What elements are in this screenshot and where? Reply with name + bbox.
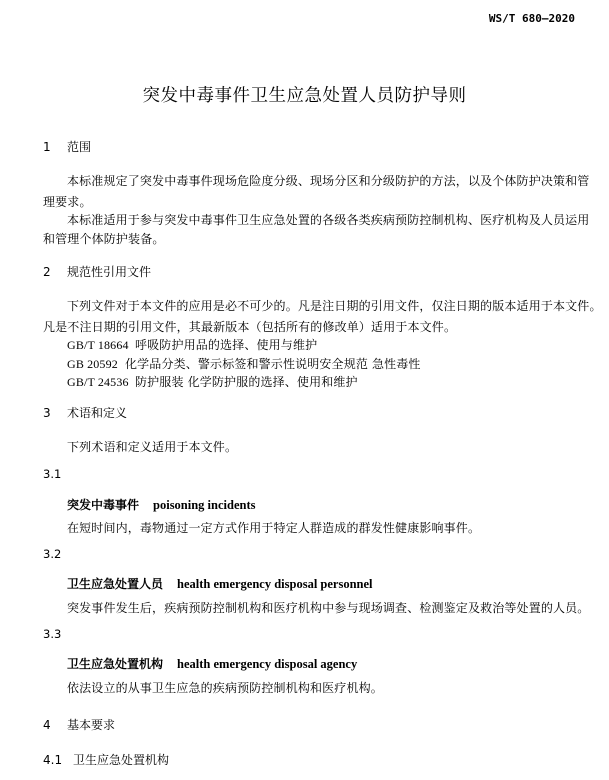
paragraph-line: 本标准规定了突发中毒事件现场危险度分级、现场分区和分级防护的方法，以及个体防护决…: [67, 172, 589, 189]
term-heading: 卫生应急处置机构health emergency disposal agency: [67, 653, 357, 672]
term-number: 3.1: [43, 467, 61, 481]
document-title: 突发中毒事件卫生应急处置人员防护导则: [0, 82, 609, 107]
term-definition: 突发事件发生后，疾病预防控制机构和医疗机构中参与现场调查、检测鉴定及救治等处置的…: [67, 599, 589, 616]
reference-code: GB/T 18664: [67, 338, 135, 353]
subsection-4-1-heading: 4.1卫生应急处置机构: [43, 751, 169, 768]
reference-title: 化学品分类、警示标签和警示性说明安全规范 急性毒性: [125, 357, 421, 371]
term-english: poisoning incidents: [153, 498, 255, 512]
section-2-heading: 2规范性引用文件: [43, 263, 151, 280]
term-english: health emergency disposal agency: [177, 657, 357, 671]
term-chinese: 突发中毒事件: [67, 498, 139, 512]
section-title: 规范性引用文件: [67, 265, 151, 279]
term-definition: 依法设立的从事卫生应急的疾病预防控制机构和医疗机构。: [67, 679, 383, 696]
reference-item: GB 20592化学品分类、警示标签和警示性说明安全规范 急性毒性: [67, 355, 421, 372]
section-1-heading: 1范围: [43, 138, 91, 155]
term-number: 3.2: [43, 547, 61, 561]
term-number: 3.3: [43, 627, 61, 641]
reference-code: GB/T 24536: [67, 375, 135, 390]
subsection-title: 卫生应急处置机构: [73, 753, 169, 767]
term-english: health emergency disposal personnel: [177, 577, 372, 591]
reference-item: GB/T 24536防护服装 化学防护服的选择、使用和维护: [67, 373, 358, 390]
section-number: 1: [43, 140, 67, 154]
subsection-number: 4.1: [43, 753, 73, 767]
term-definition: 在短时间内，毒物通过一定方式作用于特定人群造成的群发性健康影响事件。: [67, 519, 480, 536]
paragraph-line: 凡是不注日期的引用文件，其最新版本（包括所有的修改单）适用于本文件。: [43, 318, 456, 335]
paragraph-line: 本标准适用于参与突发中毒事件卫生应急处置的各级各类疾病预防控制机构、医疗机构及人…: [67, 211, 589, 228]
section-title: 范围: [67, 140, 91, 154]
term-chinese: 卫生应急处置机构: [67, 657, 163, 671]
paragraph-line: 下列术语和定义适用于本文件。: [67, 438, 237, 455]
section-title: 基本要求: [67, 718, 115, 732]
section-4-heading: 4基本要求: [43, 716, 115, 733]
section-number: 4: [43, 718, 67, 732]
section-3-heading: 3术语和定义: [43, 404, 127, 421]
reference-code: GB 20592: [67, 357, 125, 372]
section-title: 术语和定义: [67, 406, 127, 420]
section-number: 3: [43, 406, 67, 420]
term-heading: 卫生应急处置人员health emergency disposal person…: [67, 573, 373, 592]
paragraph-line: 和管理个体防护装备。: [43, 230, 165, 247]
paragraph-line: 理要求。: [43, 193, 92, 210]
reference-title: 防护服装 化学防护服的选择、使用和维护: [135, 375, 358, 389]
paragraph-line: 下列文件对于本文件的应用是必不可少的。凡是注日期的引用文件，仅注日期的版本适用于…: [67, 297, 602, 314]
reference-title: 呼吸防护用品的选择、使用与维护: [135, 338, 317, 352]
term-heading: 突发中毒事件poisoning incidents: [67, 494, 255, 513]
term-chinese: 卫生应急处置人员: [67, 577, 163, 591]
section-number: 2: [43, 265, 67, 279]
reference-item: GB/T 18664呼吸防护用品的选择、使用与维护: [67, 336, 317, 353]
standard-code: WS/T 680—2020: [489, 12, 575, 25]
